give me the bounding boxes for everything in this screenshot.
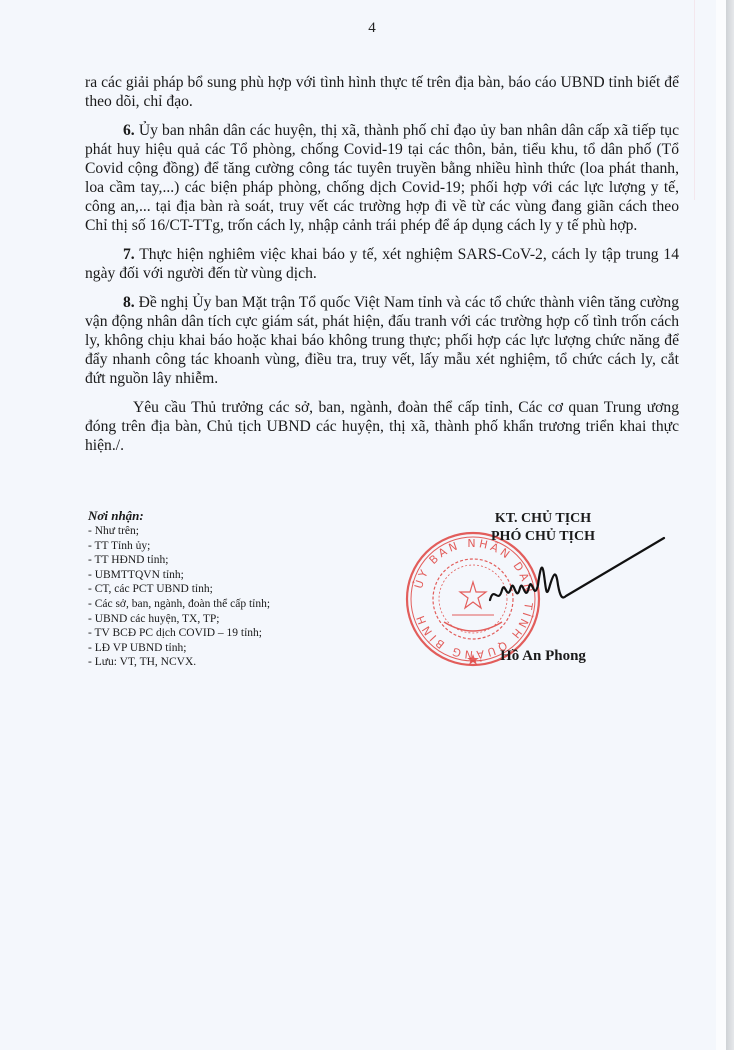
- recipients-list: - Như trên; - TT Tỉnh ủy; - TT HĐND tỉnh…: [88, 524, 388, 670]
- signature-block: KT. CHỦ TỊCH PHÓ CHỦ TỊCH Hồ An Phong: [430, 508, 650, 678]
- recipient-item: - CT, các PCT UBND tỉnh;: [88, 582, 388, 597]
- recipient-item: - TT Tỉnh ủy;: [88, 539, 388, 554]
- paragraph-item-7: 7. Thực hiện nghiêm việc khai báo y tế, …: [85, 245, 679, 283]
- signer-name: Hồ An Phong: [473, 648, 613, 665]
- page-edge: [716, 0, 726, 1050]
- recipient-item: - Lưu: VT, TH, NCVX.: [88, 655, 388, 670]
- recipient-item: - UBMTTQVN tỉnh;: [88, 568, 388, 583]
- item-number: 8.: [123, 294, 135, 311]
- recipient-item: - TT HĐND tỉnh;: [88, 553, 388, 568]
- document-body: ra các giải pháp bổ sung phù hợp với tìn…: [85, 73, 679, 465]
- item-text: Đề nghị Ủy ban Mặt trận Tổ quốc Việt Nam…: [85, 294, 679, 387]
- item-number: 7.: [123, 246, 135, 263]
- viewer-border: [726, 0, 734, 1050]
- scan-artifact-line: [694, 0, 695, 200]
- signer-title-line2: PHÓ CHỦ TỊCH: [473, 528, 613, 546]
- recipients-title: Nơi nhận:: [88, 508, 388, 524]
- item-text: Thực hiện nghiêm việc khai báo y tế, xét…: [85, 246, 679, 282]
- page-number: 4: [362, 20, 382, 37]
- paragraph-item-8: 8. Đề nghị Ủy ban Mặt trận Tổ quốc Việt …: [85, 293, 679, 388]
- recipient-item: - Các sở, ban, ngành, đoàn thể cấp tỉnh;: [88, 597, 388, 612]
- paragraph-closing: Yêu cầu Thủ trưởng các sở, ban, ngành, đ…: [85, 398, 679, 455]
- paragraph-continued: ra các giải pháp bổ sung phù hợp với tìn…: [85, 73, 679, 111]
- recipient-item: - TV BCĐ PC dịch COVID – 19 tỉnh;: [88, 626, 388, 641]
- recipient-item: - UBND các huyện, TX, TP;: [88, 612, 388, 627]
- paragraph-item-6: 6. Ủy ban nhân dân các huyện, thị xã, th…: [85, 121, 679, 235]
- item-number: 6.: [123, 122, 135, 139]
- recipients-block: Nơi nhận: - Như trên; - TT Tỉnh ủy; - TT…: [88, 508, 388, 670]
- recipient-item: - Như trên;: [88, 524, 388, 539]
- item-text: Ủy ban nhân dân các huyện, thị xã, thành…: [85, 122, 679, 234]
- recipient-item: - LĐ VP UBND tỉnh;: [88, 641, 388, 656]
- signer-title-line1: KT. CHỦ TỊCH: [473, 510, 613, 528]
